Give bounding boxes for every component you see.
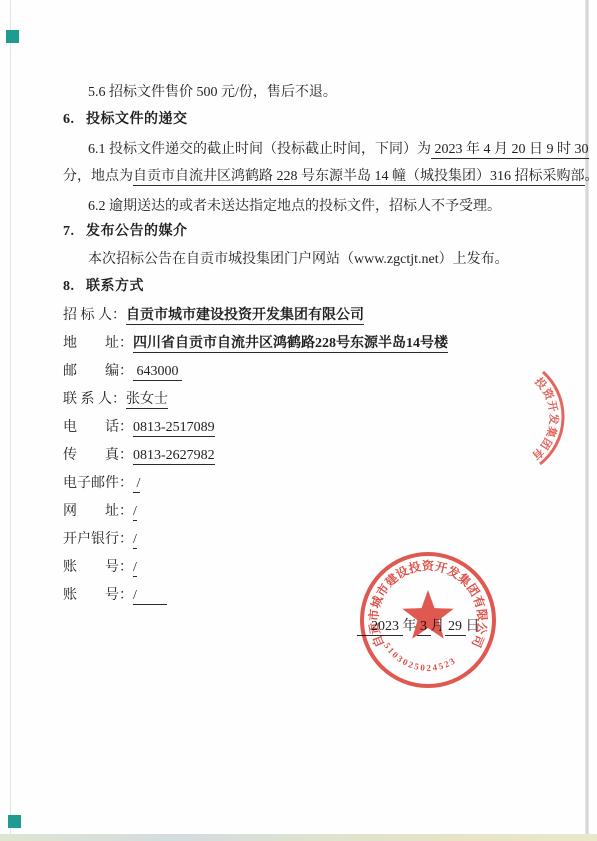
page-right-shadow: [585, 0, 589, 834]
heading-6-title: 投标文件的递交: [86, 112, 188, 127]
company-seal-stamp: 自贡市城市建设投资开发集团有限公司 5103025024523: [352, 545, 504, 695]
paragraph-6-1-line1: 6.1 投标文件递交的截止时间（投标截止时间，下同）为 2023 年 4 月 2…: [63, 142, 583, 157]
partial-seal-right-edge: 投资开发集团有限公: [522, 362, 570, 474]
contact-label: 账 号：: [63, 588, 133, 603]
heading-8-number: 8.: [63, 279, 86, 294]
contact-value: 0813-2627982: [133, 448, 215, 465]
contact-value: 643000: [133, 364, 182, 381]
page-left-border: [10, 0, 11, 834]
location-lead-text: 分，地点为: [63, 169, 133, 184]
contact-label: 开户银行：: [63, 532, 133, 547]
heading-6: 6.投标文件的递交: [63, 112, 583, 127]
heading-8-title: 联系方式: [86, 279, 144, 294]
heading-7-title: 发布公告的媒介: [86, 224, 188, 239]
paragraph-7: 本次招标公告在自贡市城投集团门户网站（www.zgctjt.net）上发布。: [63, 252, 597, 267]
contact-row-person: 联 系 人：张女士: [63, 392, 583, 420]
contact-label: 传 真：: [63, 448, 133, 463]
contact-value: 张女士: [126, 392, 168, 409]
contact-row-address: 地 址：四川省自贡市自流井区鸿鹤路228号东源半岛14号楼: [63, 336, 583, 364]
contact-label: 电 话：: [63, 420, 133, 435]
heading-7: 7.发布公告的媒介: [63, 224, 583, 239]
contact-row-bidder: 招 标 人：自贡市城市建设投资开发集团有限公司: [63, 308, 583, 336]
location-field: 自贡市自流井区鸿鹤路 228 号东源半岛 14 幢（城投集团）316 招标采购部: [133, 169, 585, 186]
svg-text:5103025024523: 5103025024523: [382, 641, 458, 673]
paragraph-6-1-line2: 分，地点为自贡市自流井区鸿鹤路 228 号东源半岛 14 幢（城投集团）316 …: [63, 169, 583, 184]
stamp-number-text: 5103025024523: [382, 641, 458, 673]
paragraph-6-1: 6.1 投标文件递交的截止时间（投标截止时间，下同）为 2023 年 4 月 2…: [63, 142, 583, 184]
contact-label: 联 系 人：: [63, 392, 126, 407]
contact-section: 招 标 人：自贡市城市建设投资开发集团有限公司 地 址：四川省自贡市自流井区鸿鹤…: [63, 308, 583, 616]
contact-value: /: [133, 532, 137, 549]
contact-value: /: [133, 560, 137, 577]
heading-6-number: 6.: [63, 112, 86, 127]
contact-row-account-1: 账 号：/: [63, 560, 583, 588]
contact-row-phone: 电 话：0813-2517089: [63, 420, 583, 448]
contact-value: /: [133, 476, 140, 493]
contact-label: 电子邮件：: [63, 476, 133, 491]
contact-row-bank: 开户银行：/: [63, 532, 583, 560]
corner-mark-bottom: [8, 815, 21, 828]
contact-row-account-2: 账 号：/: [63, 588, 583, 616]
document-page: 5.6 招标文件售价 500 元/份，售后不退。 6.投标文件的递交 6.1 投…: [0, 0, 597, 841]
contact-row-email: 电子邮件： /: [63, 476, 583, 504]
deadline-datetime-field: 2023 年 4 月 20 日 9 时 30: [431, 142, 589, 159]
contact-label: 招 标 人：: [63, 308, 126, 323]
next-page-edge-strip: [0, 834, 597, 841]
stamp-star-icon: [402, 590, 453, 639]
contact-row-postcode: 邮 编： 643000: [63, 364, 583, 392]
paragraph-6-2: 6.2 逾期送达的或者未送达指定地点的投标文件，招标人不予受理。: [63, 199, 597, 214]
contact-value: 0813-2517089: [133, 420, 215, 437]
contact-label: 地 址：: [63, 336, 133, 351]
heading-7-number: 7.: [63, 224, 86, 239]
contact-value: /: [133, 504, 137, 521]
contact-row-fax: 传 真：0813-2627982: [63, 448, 583, 476]
paragraph-5-6: 5.6 招标文件售价 500 元/份，售后不退。: [63, 85, 597, 100]
contact-row-website: 网 址：/: [63, 504, 583, 532]
contact-value: /: [133, 588, 167, 605]
deadline-lead-text: 6.1 投标文件递交的截止时间（投标截止时间，下同）为: [88, 142, 431, 157]
location-period: 。: [585, 169, 597, 184]
contact-value: 四川省自贡市自流井区鸿鹤路228号东源半岛14号楼: [133, 336, 448, 353]
contact-label: 账 号：: [63, 560, 133, 575]
heading-8: 8.联系方式: [63, 279, 583, 294]
contact-label: 邮 编：: [63, 364, 133, 379]
contact-label: 网 址：: [63, 504, 133, 519]
contact-value: 自贡市城市建设投资开发集团有限公司: [126, 308, 364, 325]
corner-mark-top: [6, 30, 19, 43]
